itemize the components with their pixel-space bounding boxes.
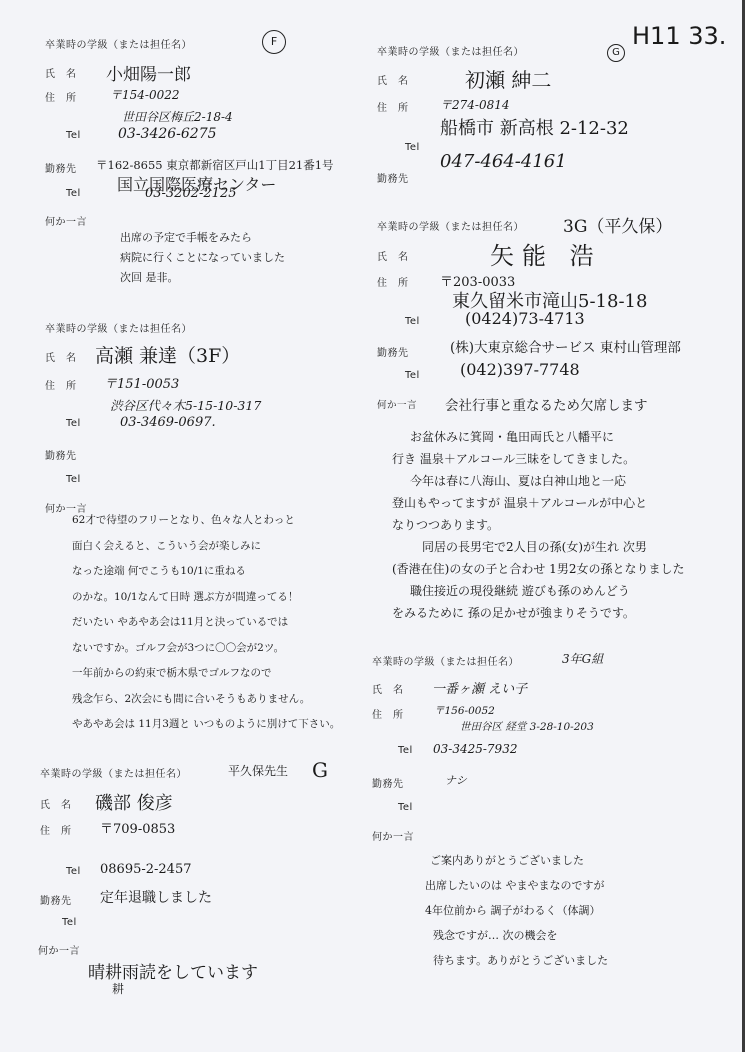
group-mark-circle: G	[607, 44, 625, 62]
workplace-label: 勤務先	[45, 447, 77, 462]
name-value: 矢能 浩	[490, 236, 602, 271]
message-annotation: 耕	[112, 980, 124, 997]
address-label: 住 所	[45, 377, 77, 392]
message-label: 何か一言	[372, 828, 414, 843]
class-label: 卒業時の学級（または担任名）	[377, 43, 524, 58]
class-label: 卒業時の学級（または担任名）	[372, 653, 519, 668]
class-value: 平久保先生	[228, 762, 288, 779]
workplace-tel-label: Tel	[62, 917, 77, 928]
workplace-value: ナシ	[445, 772, 467, 788]
class-label: 卒業時の学級（または担任名）	[45, 320, 192, 335]
workplace-value: (株)大東京総合サービス 東村山管理部	[450, 336, 681, 356]
name-label: 氏 名	[377, 248, 409, 263]
document-header-mark: H11 33.	[632, 22, 726, 50]
workplace-address-stamp: 〒162-8655 東京都新宿区戸山1丁目21番1号	[96, 157, 334, 173]
name-value: 高瀬 兼達（3F）	[95, 341, 240, 368]
tel-value: 03-3425-7932	[433, 742, 517, 756]
name-label: 氏 名	[45, 349, 77, 364]
name-label: 氏 名	[45, 65, 77, 80]
message-label: 何か一言	[45, 213, 87, 228]
postal-code: 〒156-0052	[434, 703, 495, 718]
workplace-label: 勤務先	[45, 160, 77, 175]
group-mark: G	[312, 758, 328, 782]
tel-label: Tel	[66, 418, 81, 429]
workplace-value: 定年退職しました	[100, 887, 212, 907]
message-text: お盆休みに箕岡・亀田両氏と八幡平に 行き 温泉＋アルコール三昧をしてきました。 …	[392, 426, 684, 624]
tel-value: 03-3469-0697.	[120, 415, 216, 430]
workplace-label: 勤務先	[377, 170, 409, 185]
name-value: 一番ヶ瀬 えい子	[432, 678, 527, 697]
class-value: 3G（平久保）	[563, 212, 672, 237]
address-label: 住 所	[377, 99, 409, 114]
message-label: 何か一言	[38, 942, 80, 957]
postal-code: 〒274-0814	[440, 96, 510, 113]
name-label: 氏 名	[377, 72, 409, 87]
name-value: 小畑陽一郎	[106, 60, 191, 85]
address-label: 住 所	[372, 706, 404, 721]
class-label: 卒業時の学級（または担任名）	[40, 765, 187, 780]
class-value: 3年G組	[562, 650, 603, 667]
name-label: 氏 名	[40, 796, 72, 811]
tel-value: 047-464-4161	[440, 151, 567, 172]
tel-label: Tel	[66, 866, 81, 877]
tel-value: 03-3426-6275	[118, 126, 217, 142]
message-line: 会社行事と重なるため欠席します	[445, 394, 648, 414]
message-text: ご案内ありがとうございました 出席したいのは やまやまなのですが 4年位前から …	[425, 848, 608, 973]
address-label: 住 所	[45, 89, 77, 104]
workplace-label: 勤務先	[377, 344, 409, 359]
class-label: 卒業時の学級（または担任名）	[377, 218, 524, 233]
message-text: 出席の予定で手帳をみたら 病院に行くことになっていました 次回 是非。	[120, 228, 285, 288]
workplace-tel-value: (042)397-7748	[460, 360, 580, 379]
workplace-label: 勤務先	[40, 892, 72, 907]
postal-code: 〒154-0022	[110, 86, 180, 103]
class-label: 卒業時の学級（または担任名）	[45, 36, 192, 51]
address-label: 住 所	[377, 274, 409, 289]
tel-label: Tel	[66, 130, 81, 141]
tel-label: Tel	[405, 316, 420, 327]
workplace-tel-value: 03-3202-2125	[145, 186, 237, 201]
address-label: 住 所	[40, 822, 72, 837]
tel-label: Tel	[405, 142, 420, 153]
address-value: 世田谷区 経堂 3-28-10-203	[460, 719, 594, 734]
workplace-tel-label: Tel	[398, 802, 413, 813]
tel-value: (0424)73-4713	[465, 309, 585, 328]
message-label: 何か一言	[377, 397, 417, 411]
tel-label: Tel	[398, 745, 413, 756]
workplace-tel-label: Tel	[405, 370, 420, 381]
address-value: 世田谷区梅丘2-18-4	[122, 108, 233, 125]
address-value: 渋谷区代々木5-15-10-317	[110, 396, 261, 414]
postal-code: 〒151-0053	[104, 373, 179, 392]
workplace-tel-label: Tel	[66, 474, 81, 485]
postal-code: 〒709-0853	[100, 818, 175, 837]
name-value: 磯部 俊彦	[95, 789, 173, 815]
address-value: 船橋市 新高根 2-12-32	[440, 114, 629, 140]
message-text: 62才で待望のフリーとなり、色々な人とわっと 面白く会えると、こういう会が楽しみ…	[72, 508, 340, 738]
workplace-label: 勤務先	[372, 775, 404, 790]
group-mark-circle: F	[262, 30, 286, 54]
tel-value: 08695-2-2457	[100, 862, 192, 877]
name-label: 氏 名	[372, 681, 404, 696]
name-value: 初瀬 紳二	[465, 64, 551, 93]
workplace-tel-label: Tel	[66, 188, 81, 199]
